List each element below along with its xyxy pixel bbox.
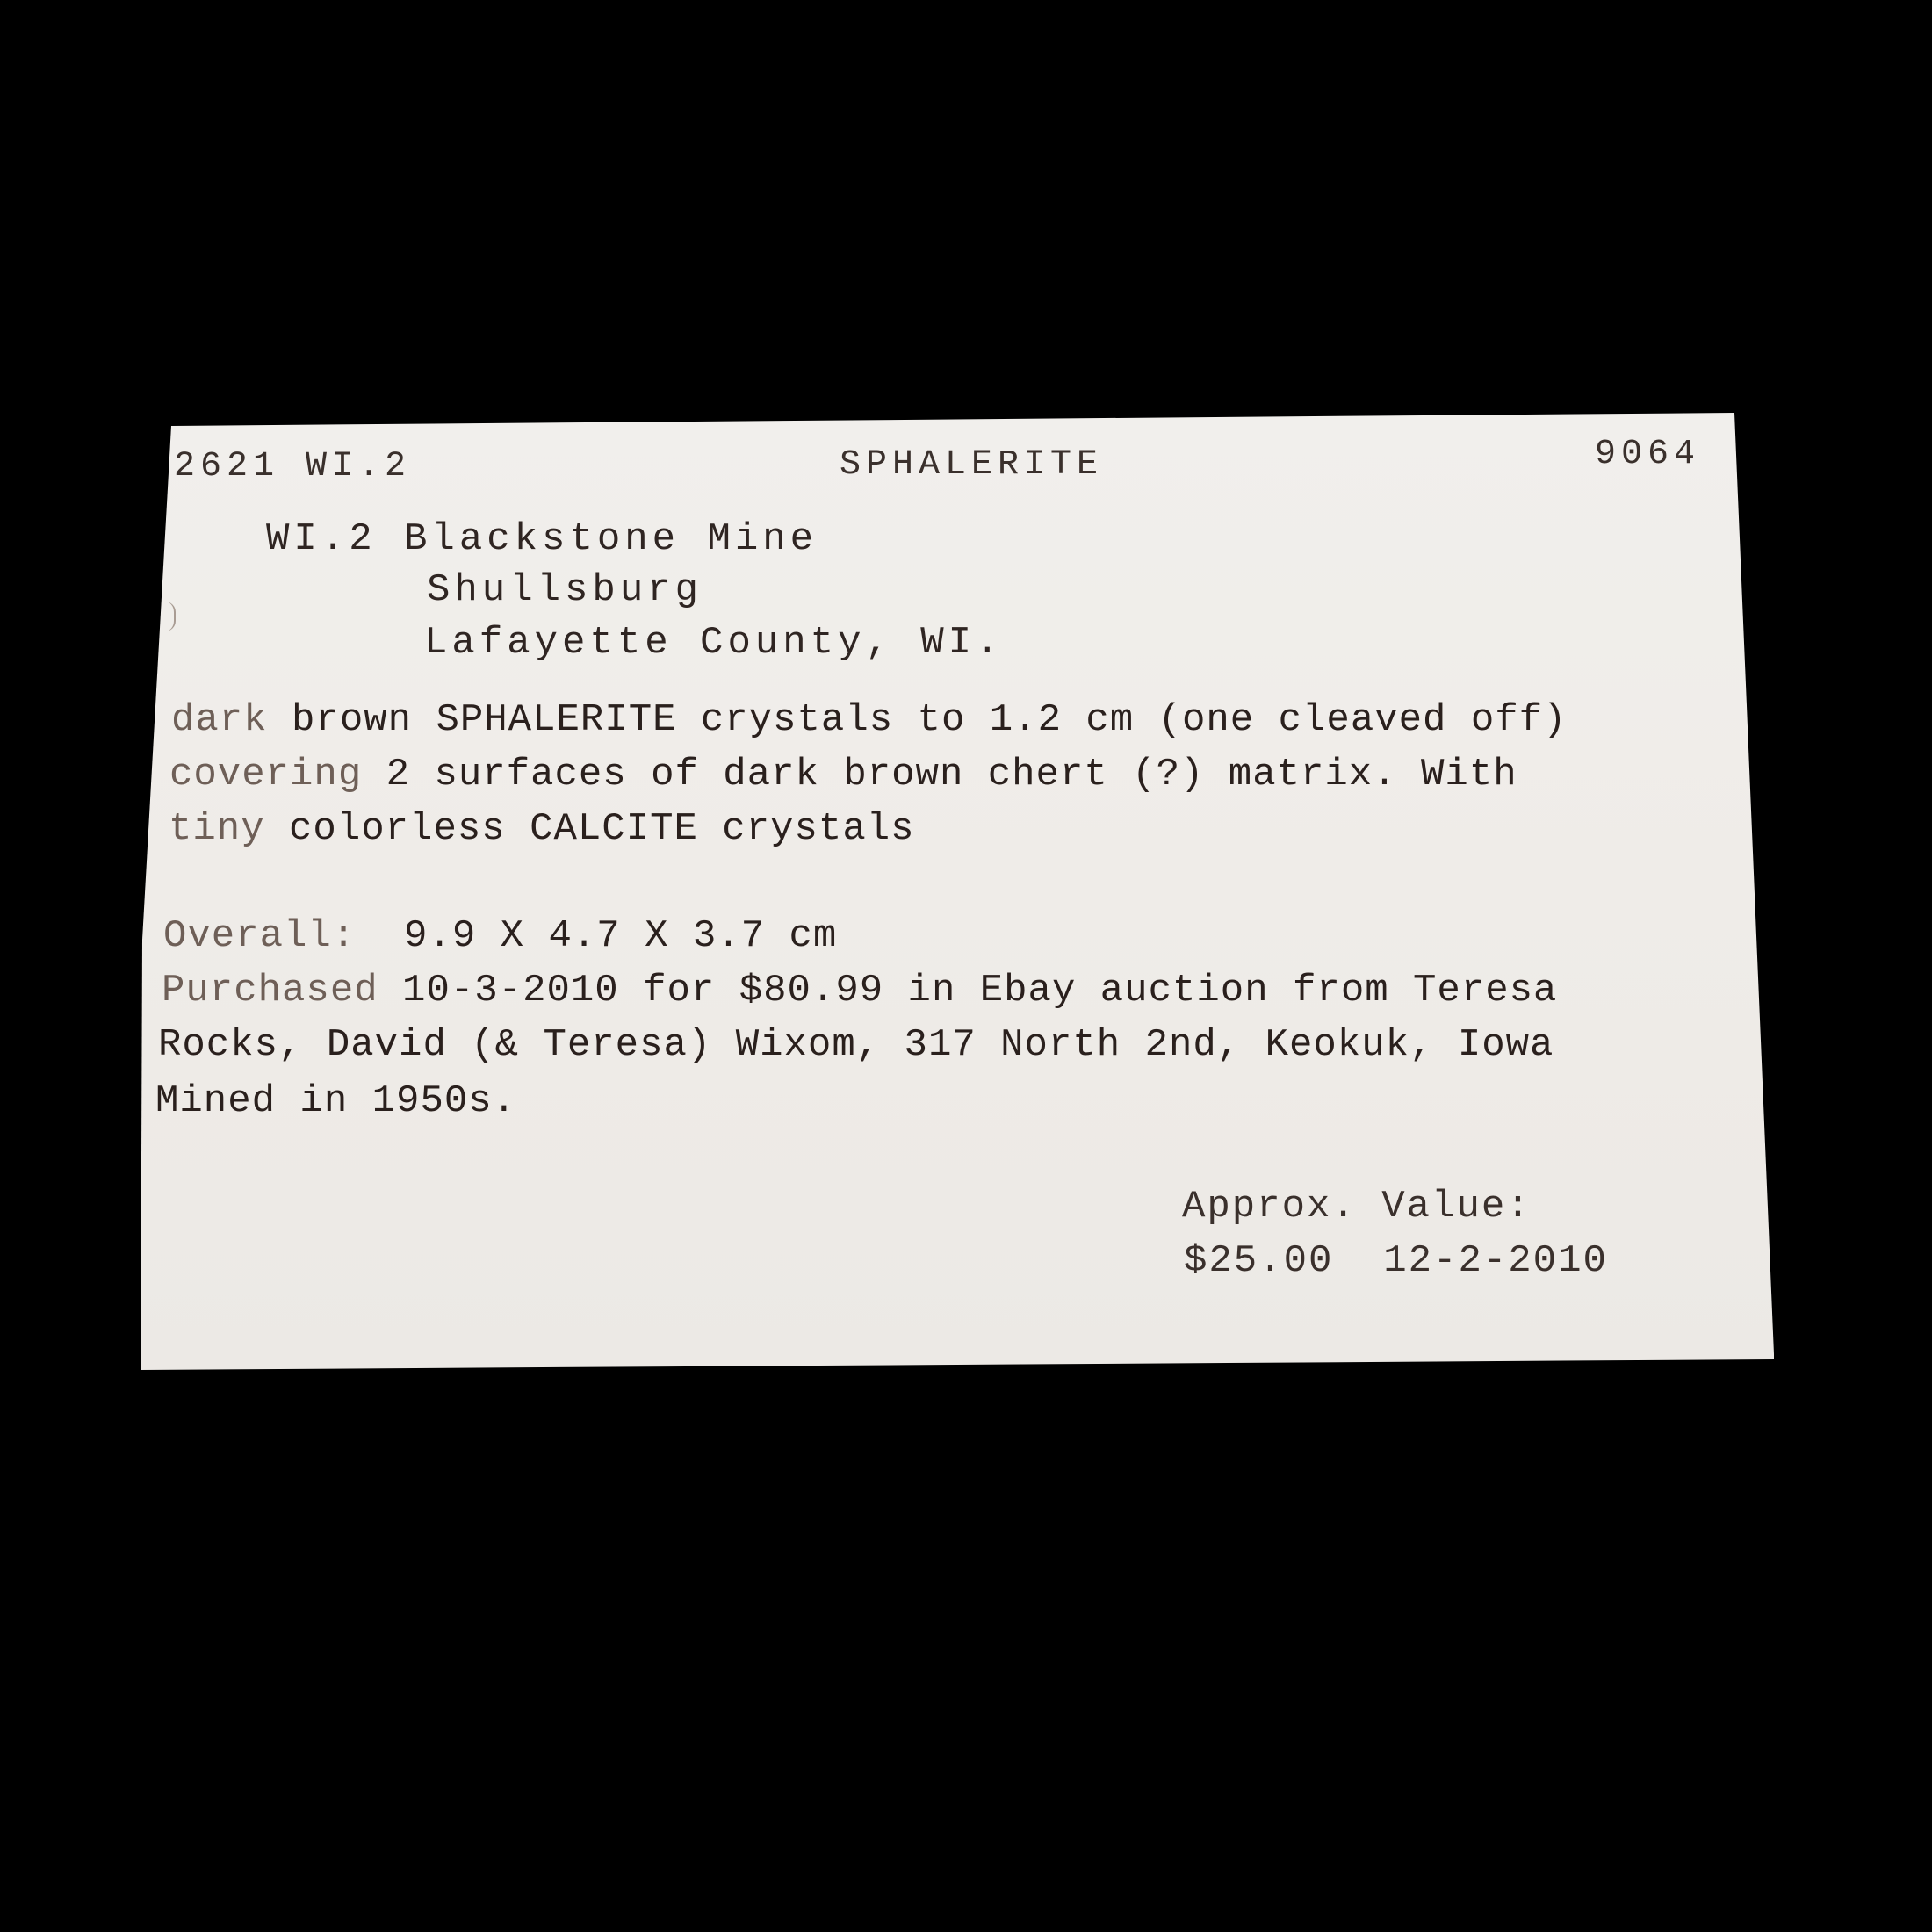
specimen-label-card: 2621 WI.2 SPHALERITE 9064 WI.2 Blackston…	[141, 413, 1774, 1370]
paper-speck	[153, 580, 155, 582]
locality-county: Lafayette County, WI.	[424, 624, 1004, 662]
description-line-1-lead: dark	[171, 698, 268, 742]
description-line-3-lead: tiny	[169, 807, 265, 851]
overall-size-value: 9.9 X 4.7 X 3.7 cm	[404, 914, 837, 958]
provenance-line-3: Mined in 1950s.	[155, 1082, 516, 1121]
mineral-title: SPHALERITE	[840, 448, 1103, 483]
description-line-2-rest: 2 surfaces of dark brown chert (?) matri…	[362, 753, 1517, 797]
approx-value-amount: $25.00	[1184, 1239, 1333, 1283]
provenance-line-1: Purchased 10-3-2010 for $80.99 in Ebay a…	[162, 971, 1557, 1010]
specimen-number: 9064	[1595, 437, 1700, 472]
description-line-1-rest: brown SPHALERITE crystals to 1.2 cm (one…	[268, 698, 1568, 742]
description-line-3: tiny colorless CALCITE crystals	[169, 810, 915, 848]
catalog-reference: 2621 WI.2	[174, 450, 411, 485]
provenance-line-2: Rocks, David (& Teresa) Wixom, 317 North…	[158, 1026, 1554, 1064]
description-line-3-rest: colorless CALCITE crystals	[265, 807, 915, 851]
description-line-2: covering 2 surfaces of dark brown chert …	[169, 755, 1517, 794]
approx-value: $25.00 12-2-2010	[1184, 1242, 1608, 1280]
valuation-date: 12-2-2010	[1383, 1239, 1608, 1283]
provenance-line-1-rest: 10-3-2010 for $80.99 in Ebay auction fro…	[378, 969, 1558, 1013]
overall-size: Overall: 9.9 X 4.7 X 3.7 cm	[163, 917, 837, 955]
locality-mine: WI.2 Blackstone Mine	[266, 520, 818, 559]
description-line-1: dark brown SPHALERITE crystals to 1.2 cm…	[171, 701, 1567, 739]
edge-pencil-mark	[165, 602, 176, 631]
description-line-2-lead: covering	[169, 753, 362, 797]
locality-town: Shullsburg	[427, 571, 703, 609]
approx-value-label: Approx. Value:	[1182, 1187, 1532, 1226]
provenance-line-1-lead: Purchased	[162, 969, 378, 1013]
overall-size-label: Overall:	[163, 914, 356, 958]
